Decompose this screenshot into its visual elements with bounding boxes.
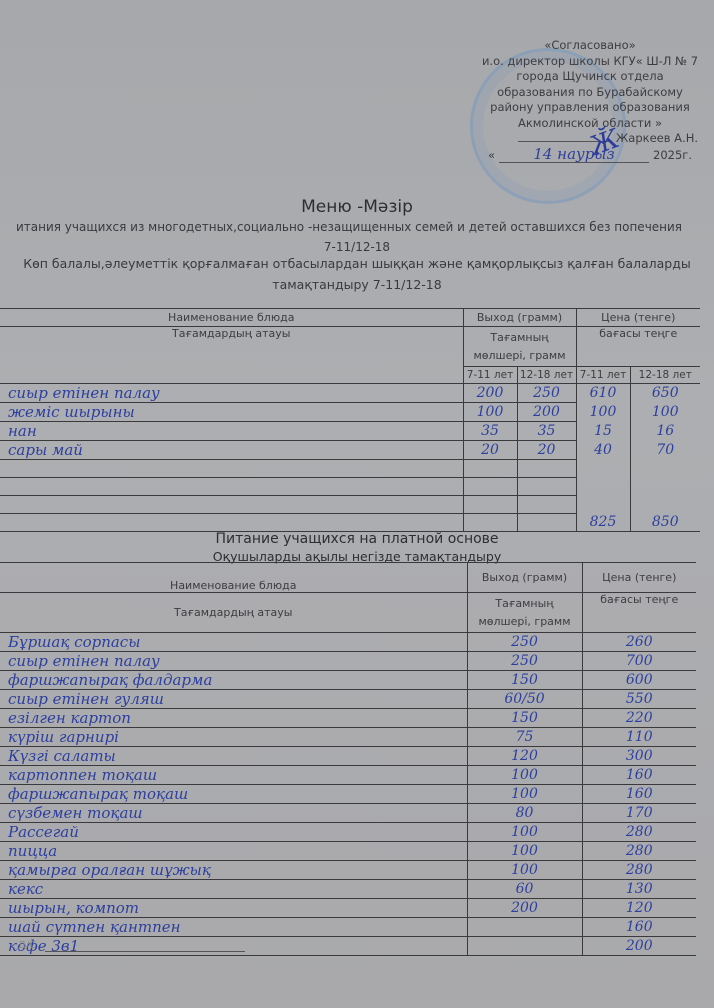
yield-cell — [467, 918, 582, 937]
dish-cell: кофе 3в1 — [0, 937, 467, 956]
price-12-18-cell: 650 — [630, 384, 700, 403]
header-dish-ru: Наименование блюда — [0, 309, 463, 327]
yield-cell: 60/50 — [467, 690, 582, 709]
table-row: Бұршақ сорпасы250260 — [0, 633, 696, 652]
dish-cell: пицца — [0, 842, 467, 861]
table-row: сиыр етінен палау200250610650 — [0, 384, 700, 403]
approval-line: образования по Бурабайскому — [470, 85, 710, 101]
price-cell: 280 — [582, 861, 696, 880]
dish-cell: сүзбемен тоқаш — [0, 804, 467, 823]
empty-cell — [517, 514, 576, 532]
yield-cell: 250 — [467, 633, 582, 652]
table-row: фаршжапырақ тоқаш100160 — [0, 785, 696, 804]
header-dish-ru: Наименование блюда — [0, 563, 467, 593]
price-cell: 280 — [582, 823, 696, 842]
total-12-18: 850 — [630, 514, 700, 532]
price-12-18-cell: 16 — [630, 422, 700, 441]
table-row — [0, 460, 700, 478]
yield-7-11-cell — [463, 460, 517, 478]
price-cell: 220 — [582, 709, 696, 728]
yield-cell: 75 — [467, 728, 582, 747]
table-row: Рассегай100280 — [0, 823, 696, 842]
yield-7-11-cell: 200 — [463, 384, 517, 403]
yield-cell: 150 — [467, 709, 582, 728]
total-label-cell — [0, 514, 463, 532]
yield-cell — [467, 937, 582, 956]
dish-cell: жеміс шырыны — [0, 403, 463, 422]
price-7-11-cell — [576, 496, 630, 514]
dish-cell: Бұршақ сорпасы — [0, 633, 467, 652]
price-cell: 700 — [582, 652, 696, 671]
yield-cell: 100 — [467, 842, 582, 861]
header-yield-kz: Тағамның мөлшері, грамм — [463, 327, 576, 367]
dish-cell: күріш гарнирі — [0, 728, 467, 747]
price-cell: 300 — [582, 747, 696, 766]
dish-cell: қамырға оралған шұжық — [0, 861, 467, 880]
table-row: шай сүтпен қантпен160 — [0, 918, 696, 937]
approval-line: Акмолинской области » — [470, 116, 710, 132]
price-7-11-cell — [576, 478, 630, 496]
price-7-11-cell — [576, 460, 630, 478]
yield-12-18-cell: 35 — [517, 422, 576, 441]
yield-12-18-cell — [517, 496, 576, 514]
header-price-age-12-18: 12-18 лет — [630, 367, 700, 384]
yield-7-11-cell: 35 — [463, 422, 517, 441]
dish-cell: сиыр етінен палау — [0, 652, 467, 671]
price-cell: 160 — [582, 766, 696, 785]
price-12-18-cell — [630, 478, 700, 496]
dish-cell: фаршжапырақ тоқаш — [0, 785, 467, 804]
price-12-18-cell: 70 — [630, 441, 700, 460]
footer-signature-line — [45, 951, 245, 952]
dish-cell: шай сүтпен қантпен — [0, 918, 467, 937]
table-row: Күзгі салаты120300 — [0, 747, 696, 766]
price-cell: 600 — [582, 671, 696, 690]
subtitle-ru-ages: 7-11/12-18 — [0, 240, 714, 254]
subtitle-ru: итания учащихся из многодетных,социально… — [0, 220, 706, 234]
empty-cell — [463, 514, 517, 532]
table-row: күріш гарнирі75110 — [0, 728, 696, 747]
price-cell: 260 — [582, 633, 696, 652]
yield-7-11-cell: 20 — [463, 441, 517, 460]
dish-cell: Рассегай — [0, 823, 467, 842]
dish-cell: нан — [0, 422, 463, 441]
table-row: жеміс шырыны100200100100 — [0, 403, 700, 422]
section2-title: Питание учащихся на платной основе — [0, 531, 714, 547]
header-price-ru: Цена (тенге) — [582, 563, 696, 593]
price-cell: 280 — [582, 842, 696, 861]
dish-cell: езілген картоп — [0, 709, 467, 728]
table-row: кекс60130 — [0, 880, 696, 899]
dish-cell: сары май — [0, 441, 463, 460]
yield-7-11-cell — [463, 496, 517, 514]
header-yield-kz: Тағамның мөлшері, грамм — [467, 593, 582, 633]
table-row: қамырға оралған шұжық100280 — [0, 861, 696, 880]
price-12-18-cell — [630, 460, 700, 478]
header-price-kz: бағасы теңге — [582, 593, 696, 633]
subtitle-kz: Көп балалы,әлеуметтік қорғалмаған отбасы… — [0, 256, 714, 271]
price-7-11-cell: 15 — [576, 422, 630, 441]
yield-cell: 100 — [467, 766, 582, 785]
header-price-age-7-11: 7-11 лет — [576, 367, 630, 384]
yield-12-18-cell — [517, 478, 576, 496]
subtitle-kz-ages: тамақтандыру 7-11/12-18 — [0, 277, 714, 292]
price-cell: 170 — [582, 804, 696, 823]
yield-12-18-cell — [517, 460, 576, 478]
dish-cell: сиыр етінен гуляш — [0, 690, 467, 709]
date-quote: « — [488, 148, 495, 164]
page-title: Меню -Мәзір — [0, 197, 714, 217]
header-age-12-18: 12-18 лет — [517, 367, 576, 384]
table-row: картоппен тоқаш100160 — [0, 766, 696, 785]
dish-cell — [0, 478, 463, 496]
approval-line: города Щучинск отдела — [470, 69, 710, 85]
table-row: кофе 3в1200 — [0, 937, 696, 956]
yield-7-11-cell — [463, 478, 517, 496]
yield-cell: 100 — [467, 823, 582, 842]
approval-line: и.о. директор школы КГУ« Ш-Л № 7 — [470, 54, 710, 70]
yield-cell: 120 — [467, 747, 582, 766]
yield-12-18-cell: 20 — [517, 441, 576, 460]
dish-cell: картоппен тоқаш — [0, 766, 467, 785]
dish-cell — [0, 460, 463, 478]
price-12-18-cell: 100 — [630, 403, 700, 422]
header-price-kz: бағасы теңге — [576, 327, 700, 367]
date-row: « 14 наурыз 2025г. — [470, 147, 710, 164]
dish-cell — [0, 496, 463, 514]
header-dish-kz: Тағамдардың атауы — [0, 593, 467, 633]
table-row: сүзбемен тоқаш80170 — [0, 804, 696, 823]
table-row: сары май20204070 — [0, 441, 700, 460]
header-yield-ru: Выход (грамм) — [463, 309, 576, 327]
price-cell: 200 — [582, 937, 696, 956]
table-row: пицца100280 — [0, 842, 696, 861]
header-age-7-11: 7-11 лет — [463, 367, 517, 384]
table-row: шырын, компот200120 — [0, 899, 696, 918]
price-cell: 130 — [582, 880, 696, 899]
footer-label: Д/С — [18, 940, 36, 951]
table-row: сиыр етінен гуляш60/50550 — [0, 690, 696, 709]
price-7-11-cell: 100 — [576, 403, 630, 422]
dish-cell: фаршжапырақ фалдарма — [0, 671, 467, 690]
free-meals-table: Наименование блюда Выход (грамм) Цена (т… — [0, 308, 700, 532]
header-dish-kz: Тағамдардың атауы — [0, 327, 463, 384]
yield-cell: 80 — [467, 804, 582, 823]
yield-cell: 200 — [467, 899, 582, 918]
approval-line: району управления образования — [470, 100, 710, 116]
yield-cell: 150 — [467, 671, 582, 690]
dish-cell: шырын, компот — [0, 899, 467, 918]
table-row — [0, 496, 700, 514]
dish-cell: сиыр етінен палау — [0, 384, 463, 403]
total-row: 825850 — [0, 514, 700, 532]
signer-name: Жаркеев А.Н. — [616, 131, 698, 145]
price-7-11-cell: 40 — [576, 441, 630, 460]
header-price-ru: Цена (тенге) — [576, 309, 700, 327]
approval-line: «Согласовано» — [470, 38, 710, 54]
table-row: езілген картоп150220 — [0, 709, 696, 728]
price-cell: 160 — [582, 918, 696, 937]
price-cell: 550 — [582, 690, 696, 709]
yield-cell: 100 — [467, 861, 582, 880]
table-row: сиыр етінен палау250700 — [0, 652, 696, 671]
yield-cell: 60 — [467, 880, 582, 899]
table-row — [0, 478, 700, 496]
date-year: 2025г. — [653, 148, 692, 164]
price-cell: 110 — [582, 728, 696, 747]
price-7-11-cell: 610 — [576, 384, 630, 403]
yield-cell: 100 — [467, 785, 582, 804]
table-row: фаршжапырақ фалдарма150600 — [0, 671, 696, 690]
yield-12-18-cell: 200 — [517, 403, 576, 422]
paid-meals-table: Наименование блюда Выход (грамм) Цена (т… — [0, 562, 696, 956]
table-row: нан35351516 — [0, 422, 700, 441]
price-cell: 160 — [582, 785, 696, 804]
yield-cell: 250 — [467, 652, 582, 671]
dish-cell: кекс — [0, 880, 467, 899]
price-cell: 120 — [582, 899, 696, 918]
yield-7-11-cell: 100 — [463, 403, 517, 422]
total-7-11: 825 — [576, 514, 630, 532]
price-12-18-cell — [630, 496, 700, 514]
dish-cell: Күзгі салаты — [0, 747, 467, 766]
yield-12-18-cell: 250 — [517, 384, 576, 403]
date-handwritten: 14 наурыз — [499, 147, 649, 164]
header-yield-ru: Выход (грамм) — [467, 563, 582, 593]
